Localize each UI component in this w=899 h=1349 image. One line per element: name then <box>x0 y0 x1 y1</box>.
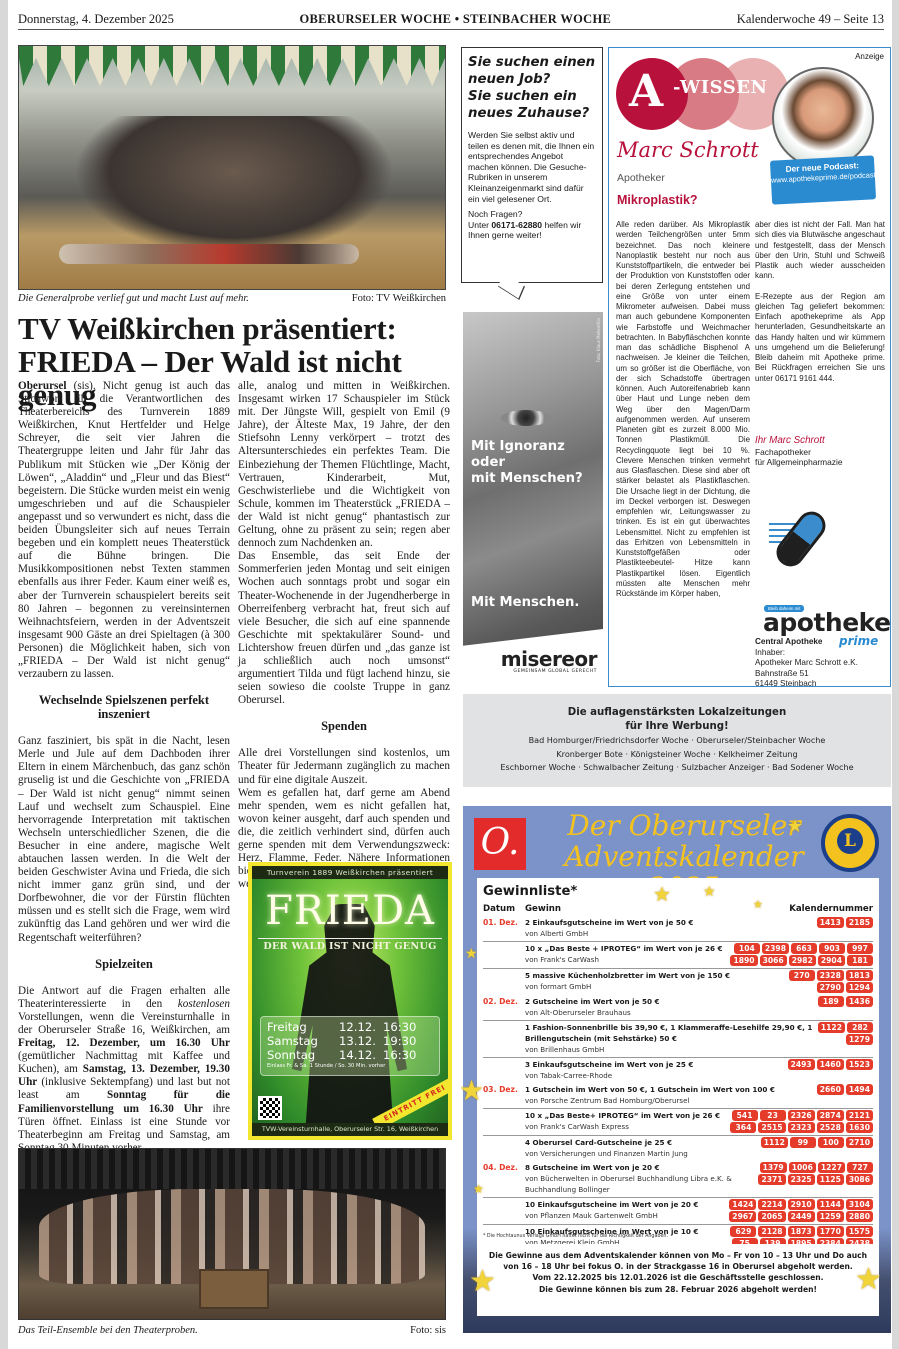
cast-group <box>74 116 394 256</box>
prize-description: 1 Gutschein im Wert von 50 €, 1 Gutschei… <box>525 1084 817 1106</box>
prize-description: 10 x „Das Beste+ IPROTEG“ im Wert von je… <box>525 1110 730 1133</box>
star-icon: ★ <box>703 884 716 901</box>
calendar-number-badge: 1112 <box>761 1137 788 1148</box>
calendar-number-badge: 364 <box>730 1122 756 1133</box>
pharmacist-role: Apotheker <box>617 172 665 184</box>
article-column-1: Oberursel (sis). Nicht genug ist auch da… <box>18 380 230 1220</box>
poster-date-row: Samstag13.12.19:30 <box>267 1034 433 1048</box>
pharmacy-ad: Anzeige A -WISSEN Marc Schrott Apotheker… <box>608 47 891 687</box>
bunting-decoration <box>19 46 445 86</box>
calendar-number-badge: 2185 <box>846 917 873 928</box>
prize-row: 01. Dez.2 Einkaufsgutscheine im Wert von… <box>483 916 873 941</box>
misereor-answer: Mit Menschen. <box>471 595 579 610</box>
calendar-numbers: 14132185 <box>817 917 873 939</box>
disclaimer: * Die Hochtaunus Verlags GmbH haftet nic… <box>483 1234 668 1239</box>
frieda-poster: Turnverein 1889 Weißkirchen präsentiert … <box>248 862 452 1140</box>
ad-text-column-2: aber dies ist nicht der Fall. Man hat si… <box>755 220 885 384</box>
calendar-number-badge: 2398 <box>762 943 789 954</box>
calendar-number-badge: 270 <box>789 970 815 981</box>
calendar-number-badge: 2325 <box>788 1174 815 1185</box>
star-icon: ★ <box>473 1182 484 1197</box>
poster-date-row: Sonntag14.12.16:30 <box>267 1048 433 1062</box>
rehearsal-group-photo <box>18 45 446 290</box>
prize-list-header: DatumGewinn Kalendernummer <box>483 904 873 914</box>
prize-description: 10 Einkaufsgutscheine im Wert von je 20 … <box>525 1199 729 1222</box>
prize-description: 10 x „Das Beste + IPROTEG“ im Wert von j… <box>525 943 730 966</box>
prize-date: 04. Dez. <box>483 1162 525 1195</box>
calendar-number-badge: 2515 <box>758 1122 785 1133</box>
star-icon: ★ <box>469 1264 496 1299</box>
star-icon: ★ <box>787 816 803 837</box>
photo2-caption: Das Teil-Ensemble bei den Theaterproben.… <box>18 1325 446 1336</box>
subheading-spenden: Spenden <box>238 719 450 733</box>
actor-lying-on-floor <box>59 244 359 264</box>
poster-dates: Freitag12.12.16:30 Samstag13.12.19:30 So… <box>260 1016 440 1076</box>
poster-date-row: Freitag12.12.16:30 <box>267 1020 433 1034</box>
calendar-number-badge: 1413 <box>817 917 844 928</box>
calendar-number-badge: 1279 <box>846 1034 873 1045</box>
lions-club-logo: L <box>821 814 879 872</box>
prize-row: 10 x „Das Beste + IPROTEG“ im Wert von j… <box>483 941 873 968</box>
calendar-numbers: 541232326287421213642515232325281630 <box>730 1110 873 1133</box>
prize-date <box>483 1199 525 1222</box>
classifieds-body: Werden Sie selbst aktiv und teilen es de… <box>468 130 596 204</box>
calendar-numbers: 10423986639039971890306629822904181 <box>730 943 873 966</box>
pharmacy-address: Central Apotheke Inhaber: Apotheker Marc… <box>755 637 858 690</box>
local-papers-ad: Die auflagenstärksten Lokalzeitungen für… <box>463 694 891 787</box>
star-icon: ★ <box>653 882 671 907</box>
poster-presenter: Turnverein 1889 Weißkirchen präsentiert <box>252 866 448 879</box>
signature: Ihr Marc Schrott Fachapotheker für Allge… <box>755 436 843 468</box>
calendar-number-badge: 1523 <box>846 1059 873 1070</box>
calendar-number-badge: 1424 <box>729 1199 756 1210</box>
calendar-number-badge: 1873 <box>788 1226 815 1237</box>
prize-list-title: Gewinnliste* <box>483 884 873 900</box>
calendar-number-badge: 2982 <box>789 955 816 966</box>
article-paragraph: alle, analog und mitten in Weißkirchen. … <box>238 380 450 550</box>
calendar-number-badge: 2128 <box>758 1226 785 1237</box>
photo1-credit: Foto: TV Weißkirchen <box>352 293 446 304</box>
calendar-number-badge: 2328 <box>817 970 844 981</box>
stage-curtain <box>19 1149 445 1189</box>
prize-description: 5 massive Küchenholzbretter im Wert von … <box>525 970 789 993</box>
article-paragraph: Ganz fasziniert, bis spät in die Nacht, … <box>18 735 230 945</box>
calendar-number-badge: 2121 <box>846 1110 873 1121</box>
calendar-numbers: 1891436 <box>818 996 873 1018</box>
calendar-number-badge: 1575 <box>846 1226 873 1237</box>
calendar-number-badge: 3066 <box>760 955 787 966</box>
a-wissen-logo: -WISSEN <box>673 77 767 98</box>
star-icon: ★ <box>753 898 763 911</box>
calendar-number-badge: 1494 <box>846 1084 873 1095</box>
misereor-ad: Foto: Klaus Mellenthin Mit Ignoranz oder… <box>463 312 603 685</box>
phone-number: 06171-62880 <box>491 220 542 230</box>
article-paragraph: Alle drei Vorstellungen sind kostenlos, … <box>238 747 450 786</box>
calendar-number-badge: 1770 <box>817 1226 844 1237</box>
prize-date <box>483 943 525 966</box>
calendar-number-badge: 629 <box>730 1226 756 1237</box>
prize-date <box>483 1059 525 1081</box>
prize-row: 1 Fashion-Sonnenbrille bis 39,90 €, 1 Kl… <box>483 1020 873 1057</box>
calendar-number-badge: 2710 <box>846 1137 873 1148</box>
apotheke-prime-logo: apotheke <box>763 608 891 637</box>
article-intro: Oberursel (sis). Nicht genug ist auch da… <box>18 380 230 681</box>
calendar-number-badge: 541 <box>732 1110 758 1121</box>
poster-venue: TVW-Vereinsturnhalle, Oberurseler Str. 1… <box>252 1123 448 1136</box>
calendar-number-badge: 2214 <box>758 1199 785 1210</box>
article-column-2: alle, analog und mitten in Weißkirchen. … <box>238 380 450 891</box>
prize-description: 8 Gutscheine im Wert von je 20 €von Büch… <box>525 1162 758 1195</box>
star-icon: ★ <box>855 1262 882 1297</box>
calendar-number-badge: 99 <box>790 1137 816 1148</box>
calendar-number-badge: 181 <box>847 955 873 966</box>
calendar-numbers: 1112991002710 <box>761 1137 873 1159</box>
fokus-o-logo: O. <box>474 818 526 870</box>
calendar-numbers: 249314601523 <box>788 1059 873 1081</box>
calendar-number-badge: 1813 <box>846 970 873 981</box>
podcast-banner[interactable]: Der neue Podcast: www.apothekeprime.de/p… <box>770 155 876 204</box>
calendar-numbers: 1424221429101144310429672065244912592880 <box>729 1199 873 1222</box>
treasure-chest-prop <box>199 1269 269 1309</box>
calendar-number-badge: 2967 <box>729 1211 756 1222</box>
prize-row: 04. Dez.8 Gutscheine im Wert von je 20 €… <box>483 1161 873 1197</box>
calendar-number-badge: 2449 <box>788 1211 815 1222</box>
ensemble-photo <box>18 1148 446 1320</box>
prize-row: 5 massive Küchenholzbretter im Wert von … <box>483 968 873 995</box>
prize-row: 10 Einkaufsgutscheine im Wert von je 20 … <box>483 1197 873 1224</box>
calendar-number-badge: 2874 <box>817 1110 844 1121</box>
prize-description: 4 Oberursel Card-Gutscheine je 25 €von V… <box>525 1137 761 1159</box>
prize-date: 01. Dez. <box>483 917 525 939</box>
subheading-spielszenen: Wechselnde Spielszenen perfekt inszenier… <box>18 693 230 721</box>
qr-code-icon <box>258 1096 282 1120</box>
misereor-question: Mit Ignoranz oder mit Menschen? <box>471 439 583 487</box>
calendar-number-badge: 1379 <box>760 1162 787 1173</box>
classifieds-ad: Sie suchen einen neuen Job? Sie suchen e… <box>461 47 603 283</box>
calendar-number-badge: 1006 <box>789 1162 816 1173</box>
calendar-number-badge: 2910 <box>788 1199 815 1210</box>
photo2-credit: Foto: sis <box>410 1325 446 1336</box>
prize-row: 3 Einkaufsgutscheine im Wert von je 25 €… <box>483 1057 873 1083</box>
calendar-number-badge: 1227 <box>818 1162 845 1173</box>
calendar-number-badge: 2660 <box>817 1084 844 1095</box>
calendar-number-badge: 3086 <box>846 1174 873 1185</box>
calendar-numbers: 2702328181327901294 <box>789 970 873 993</box>
calendar-number-badge: 2904 <box>818 955 845 966</box>
prize-row: 4 Oberursel Card-Gutscheine je 25 €von V… <box>483 1135 873 1161</box>
calendar-number-badge: 104 <box>734 943 760 954</box>
calendar-number-badge: 2371 <box>758 1174 785 1185</box>
poster-title: FRIEDA <box>252 888 448 934</box>
calendar-number-badge: 2880 <box>846 1211 873 1222</box>
calendar-number-badge: 997 <box>847 943 873 954</box>
calendar-number-badge: 1460 <box>817 1059 844 1070</box>
issue-date: Donnerstag, 4. Dezember 2025 <box>18 12 174 27</box>
calendar-number-badge: 100 <box>818 1137 844 1148</box>
ad-text-column-1: Alle reden darüber. Als Mikroplastik wer… <box>616 220 750 599</box>
prize-date: 02. Dez. <box>483 996 525 1018</box>
calendar-number-badge: 2326 <box>788 1110 815 1121</box>
eye-image <box>501 410 551 426</box>
calendar-number-badge: 2065 <box>758 1211 785 1222</box>
photo-credit: Foto: Klaus Mellenthin <box>596 318 601 362</box>
calendar-numbers: 11222821279 <box>818 1022 873 1055</box>
prize-date <box>483 970 525 993</box>
prize-description: 3 Einkaufsgutscheine im Wert von je 25 €… <box>525 1059 788 1081</box>
calendar-number-badge: 189 <box>818 996 844 1007</box>
article-paragraph: Das Ensemble, das seit Ende der Sommerfe… <box>238 550 450 707</box>
page-info: Kalenderwoche 49 – Seite 13 <box>737 12 884 27</box>
star-icon: ★ <box>465 946 478 963</box>
classifieds-contact: Noch Fragen? Unter 06171-62880 helfen wi… <box>468 209 596 241</box>
apotheke-a-icon: A <box>629 68 663 116</box>
photo1-caption: Die Generalprobe verlief gut und macht L… <box>18 293 446 304</box>
calendar-number-badge: 663 <box>791 943 817 954</box>
calendar-number-badge: 1890 <box>730 955 757 966</box>
calendar-number-badge: 2790 <box>817 982 844 993</box>
calendar-number-badge: 1294 <box>846 982 873 993</box>
prize-description: 1 Fashion-Sonnenbrille bis 39,90 €, 1 Kl… <box>525 1022 818 1055</box>
pharmacist-portrait <box>772 67 874 169</box>
calendar-numbers: 1379100612277272371232511253086 <box>758 1162 873 1195</box>
star-icon: ★ <box>459 1074 484 1108</box>
calendar-number-badge: 1125 <box>817 1174 844 1185</box>
calendar-numbers: 26601494 <box>817 1084 873 1106</box>
prize-rows: 01. Dez.2 Einkaufsgutscheine im Wert von… <box>483 916 873 1251</box>
poster-admission-note: Einlass Fr. & Sa. 1 Stunde / So. 30 Min.… <box>267 1062 433 1070</box>
prize-date: 03. Dez. <box>483 1084 525 1106</box>
poster-subtitle: DER WALD IST NICHT GENUG <box>258 938 442 952</box>
calendar-number-badge: 2323 <box>788 1122 815 1133</box>
prize-description: 2 Einkaufsgutscheine im Wert von je 50 €… <box>525 917 817 939</box>
prize-date <box>483 1137 525 1159</box>
calendar-number-badge: 727 <box>847 1162 873 1173</box>
publication-title: OBERURSELER WOCHE • STEINBACHER WOCHE <box>300 12 612 27</box>
calendar-number-badge: 1436 <box>846 996 873 1007</box>
advent-calendar-ad: O. Der Oberurseler Adventskalender 2025 … <box>463 806 891 1333</box>
prize-row: 03. Dez.1 Gutschein im Wert von 50 €, 1 … <box>483 1083 873 1108</box>
calendar-number-badge: 3104 <box>846 1199 873 1210</box>
calendar-number-badge: 1630 <box>846 1122 873 1133</box>
prize-row: 02. Dez.2 Gutscheine im Wert von je 50 €… <box>483 995 873 1020</box>
pickup-info: Die Gewinne aus dem Adventskalender könn… <box>477 1244 879 1303</box>
classifieds-headline: Sie suchen einen neuen Job? Sie suchen e… <box>468 54 596 122</box>
prize-description: 2 Gutscheine im Wert von je 50 €von Alt-… <box>525 996 818 1018</box>
calendar-number-badge: 23 <box>760 1110 786 1121</box>
article-paragraph-spielzeiten: Die Antwort auf die Fragen erhalten alle… <box>18 985 230 1155</box>
calendar-number-badge: 903 <box>819 943 845 954</box>
pharmacist-name: Marc Schrott <box>617 138 759 162</box>
calendar-number-badge: 2528 <box>817 1122 844 1133</box>
misereor-logo: misereor GEMEINSAM GLOBAL GERECHT <box>463 629 603 685</box>
ad-label: Anzeige <box>855 52 884 61</box>
calendar-number-badge: 2493 <box>788 1059 815 1070</box>
prize-row: 10 x „Das Beste+ IPROTEG“ im Wert von je… <box>483 1108 873 1135</box>
prize-date <box>483 1022 525 1055</box>
calendar-number-badge: 1144 <box>817 1199 844 1210</box>
calendar-number-badge: 1122 <box>818 1022 845 1033</box>
calendar-number-badge: 282 <box>847 1022 873 1033</box>
calendar-number-badge: 1259 <box>817 1211 844 1222</box>
subheading-spielzeiten: Spielzeiten <box>18 957 230 971</box>
page-header: Donnerstag, 4. Dezember 2025 OBERURSELER… <box>18 10 884 30</box>
silhouette-figure <box>292 904 407 1124</box>
newspaper-page: Donnerstag, 4. Dezember 2025 OBERURSELER… <box>8 0 892 1349</box>
ad-topic: Mikroplastik? <box>617 193 698 207</box>
prize-date <box>483 1110 525 1133</box>
